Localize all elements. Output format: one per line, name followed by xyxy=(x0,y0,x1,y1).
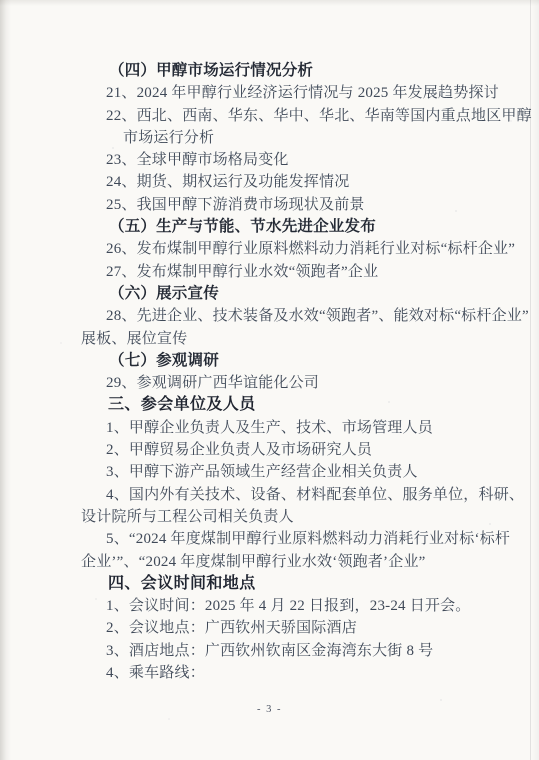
scan-noise-speckles xyxy=(0,0,2,2)
page-top-scan-shadow xyxy=(0,0,539,6)
section-heading: 三、参会单位及人员 xyxy=(81,394,471,416)
text-line: 4、国内外有关技术、设备、材料配套单位、服务单位，科研、 xyxy=(81,484,471,506)
text-line: 企业’”、“2024 年度煤制甲醇行业水效‘领跑者’企业” xyxy=(81,551,471,573)
text-line: 5、“2024 年度煤制甲醇行业原料燃料动力消耗行业对标‘标杆 xyxy=(81,528,471,550)
scanned-document-page: （四）甲醇市场运行情况分析21、2024 年甲醇行业经济运行情况与 2025 年… xyxy=(0,0,539,760)
section-heading: （六）展示宣传 xyxy=(81,283,471,305)
text-line: 24、期货、期权运行及功能发挥情况 xyxy=(81,171,471,193)
text-line: 2、会议地点：广西钦州天骄国际酒店 xyxy=(81,617,471,639)
text-line: 1、甲醇企业负责人及生产、技术、市场管理人员 xyxy=(81,417,471,439)
text-line: 4、乘车路线： xyxy=(81,662,471,684)
text-line: 29、参观调研广西华谊能化公司 xyxy=(81,372,471,394)
text-line: 市场运行分析 xyxy=(81,127,471,149)
section-heading: 四、会议时间和地点 xyxy=(81,573,471,595)
text-line: 3、酒店地点：广西钦州钦南区金海湾东大街 8 号 xyxy=(81,640,471,662)
page-left-scan-shadow xyxy=(0,0,11,760)
page-number: - 3 - xyxy=(0,704,539,715)
section-heading: （五）生产与节能、节水先进企业发布 xyxy=(81,216,471,238)
text-line: 2、甲醇贸易企业负责人及市场研究人员 xyxy=(81,439,471,461)
text-line: 23、全球甲醇市场格局变化 xyxy=(81,149,471,171)
section-heading: （七）参观调研 xyxy=(81,350,471,372)
text-line: 展板、展位宣传 xyxy=(81,328,471,350)
text-line: 1、会议时间：2025 年 4 月 22 日报到，23-24 日开会。 xyxy=(81,595,471,617)
text-line: 22、西北、西南、华东、华中、华北、华南等国内重点地区甲醇 xyxy=(81,105,471,127)
text-line: 25、我国甲醇下游消费市场现状及前景 xyxy=(81,194,471,216)
text-line: 26、发布煤制甲醇行业原料燃料动力消耗行业对标“标杆企业” xyxy=(81,238,471,260)
text-line: 设计院所与工程公司相关负责人 xyxy=(81,506,471,528)
section-heading: （四）甲醇市场运行情况分析 xyxy=(81,60,471,82)
text-line: 28、先进企业、技术装备及水效“领跑者”、能效对标“标杆企业” xyxy=(81,305,471,327)
text-line: 27、发布煤制甲醇行业水效“领跑者”企业 xyxy=(81,261,471,283)
document-text-block: （四）甲醇市场运行情况分析21、2024 年甲醇行业经济运行情况与 2025 年… xyxy=(81,60,471,684)
text-line: 3、甲醇下游产品领域生产经营企业相关负责人 xyxy=(81,461,471,483)
text-line: 21、2024 年甲醇行业经济运行情况与 2025 年发展趋势探讨 xyxy=(81,82,471,104)
